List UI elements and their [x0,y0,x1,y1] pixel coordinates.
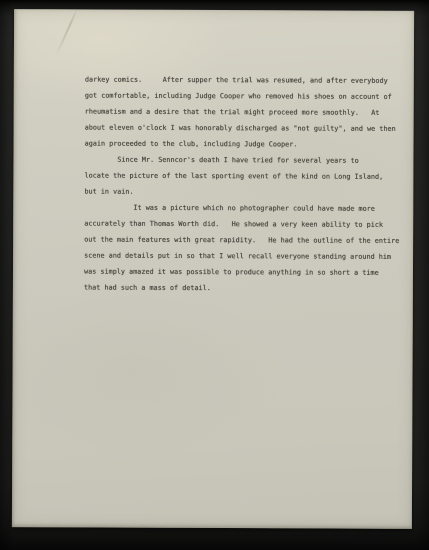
text-line: locate the picture of the last sporting … [84,167,404,184]
text-line: was simply amazed it was possible to pro… [84,263,404,280]
text-line: but in vain. [84,183,404,200]
photo-background: darkey comics. After supper the trial wa… [0,0,429,550]
document-page: darkey comics. After supper the trial wa… [12,9,414,529]
text-line: rheumatism and a desire that the trial m… [85,103,405,120]
text-line: again proceeded to the club, including J… [85,135,405,152]
text-line: darkey comics. After supper the trial wa… [85,71,405,88]
text-line: scene and details put in so that I well … [84,247,404,264]
paper-crease-mark [55,7,78,55]
text-line: Since Mr. Senncor's death I have tried f… [84,151,404,168]
text-line: got comfortable, including Judge Cooper … [85,87,405,104]
text-line: out the main features with great rapidit… [84,231,404,248]
text-line: that had such a mass of detail. [84,279,404,296]
typewritten-text: darkey comics. After supper the trial wa… [84,71,405,296]
text-line: accurately than Thomas Worth did. He sho… [84,215,404,232]
text-line: about eleven o'clock I was honorably dis… [85,119,405,136]
text-line: It was a picture which no photographer c… [84,199,404,216]
